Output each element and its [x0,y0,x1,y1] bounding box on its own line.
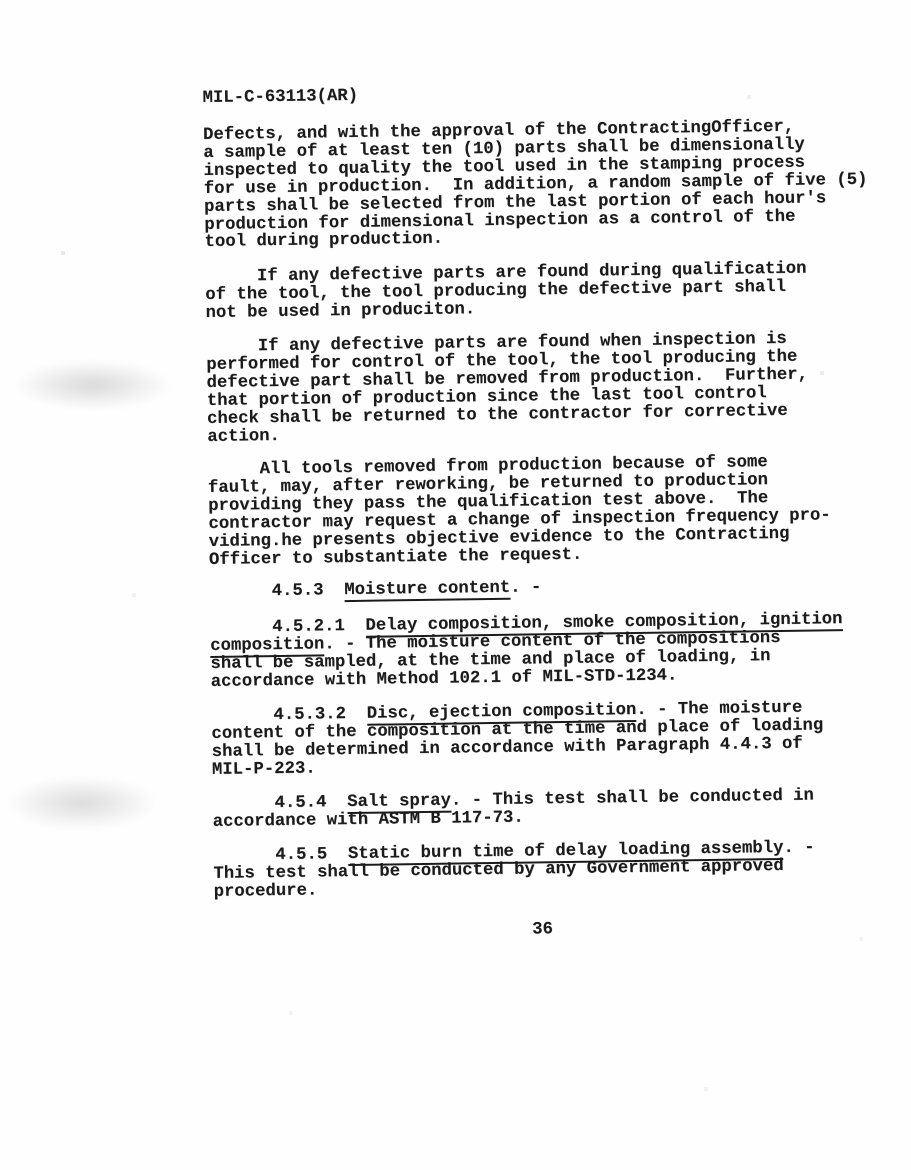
paragraph-rework: All tools removed from production becaus… [208,453,832,569]
paragraph-defective-qualification: If any defective parts are found during … [205,261,807,323]
section-heading-moisture-content: 4.5.3 Moisture content. - [209,579,541,602]
page-number: 36 [532,921,553,939]
section-static-burn-time: 4.5.5 Static burn time of delay loading … [213,840,815,902]
scan-speckle-noise [0,0,2,2]
section-salt-spray: 4.5.4 Salt spray. - This test shall be c… [212,788,814,832]
typewritten-text-block: MIL-C-63113(AR) Defects, and with the ap… [201,0,911,1170]
paragraph-tool-qualification: Defects, and with the approval of the Co… [203,118,868,253]
paragraph-defective-tool-control: If any defective parts are found when in… [206,331,809,447]
document-id-header: MIL-C-63113(AR) [202,88,358,108]
scanned-document-page: MIL-C-63113(AR) Defects, and with the ap… [0,0,911,1170]
section-disc-ejection-composition: 4.5.3.2 Disc, ejection composition. - Th… [211,699,824,779]
scan-smudge [14,360,172,410]
section-delay-smoke-ignition-composition: 4.5.2.1 Delay composition, smoke composi… [210,611,844,691]
scan-smudge [6,776,158,830]
